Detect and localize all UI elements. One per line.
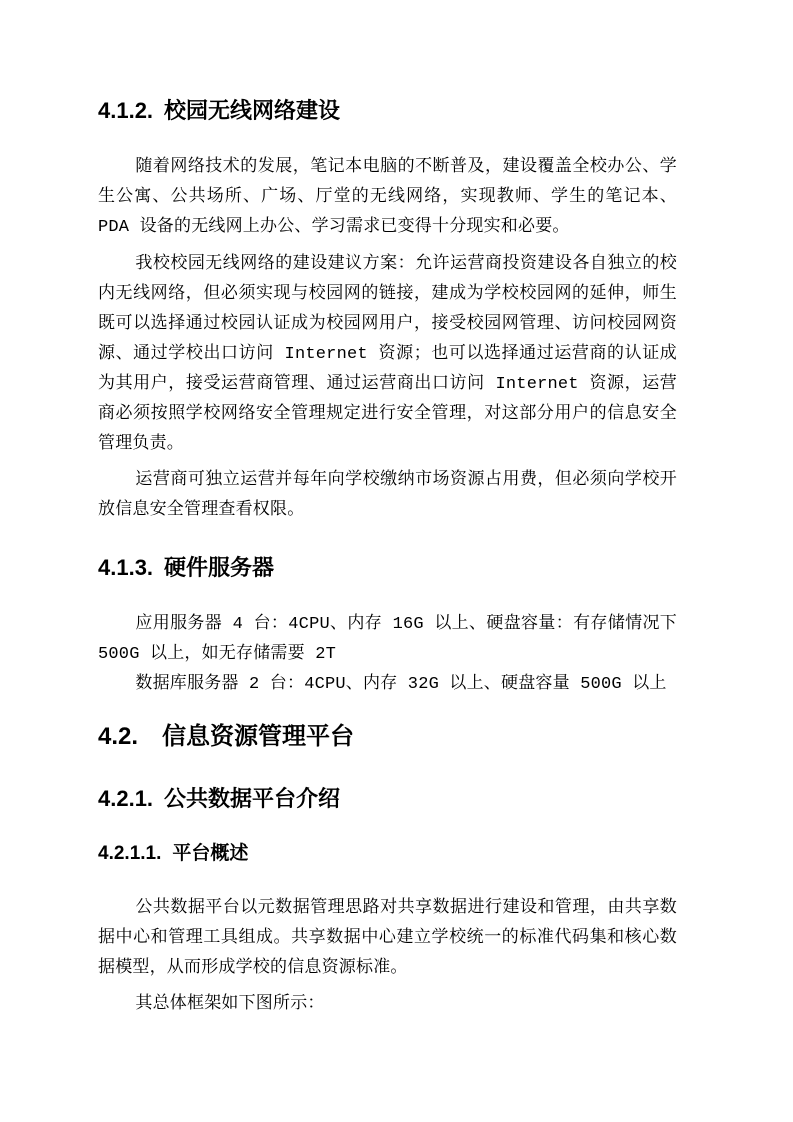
heading-4-1-2: 4.1.2.校园无线网络建设 bbox=[98, 96, 677, 126]
heading-4-2-1-title: 公共数据平台介绍 bbox=[164, 786, 340, 811]
paragraph-framework-lead-in: 其总体框架如下图所示： bbox=[98, 990, 677, 1020]
heading-4-2-1-1-title: 平台概述 bbox=[172, 843, 248, 864]
paragraph-operator-fee: 运营商可独立运营并每年向学校缴纳市场资源占用费，但必须向学校开放信息安全管理查看… bbox=[98, 466, 677, 526]
heading-4-2-1-1-number: 4.2.1.1. bbox=[98, 843, 161, 864]
heading-4-1-2-title: 校园无线网络建设 bbox=[164, 98, 340, 123]
paragraph-wireless-proposal: 我校校园无线网络的建设建议方案：允许运营商投资建设各自独立的校内无线网络，但必须… bbox=[98, 250, 677, 460]
paragraph-platform-overview: 公共数据平台以元数据管理思路对共享数据进行建设和管理，由共享数据中心和管理工具组… bbox=[98, 894, 677, 984]
paragraph-db-servers: 数据库服务器 2 台：4CPU、内存 32G 以上、硬盘容量 500G 以上 bbox=[98, 670, 677, 700]
heading-4-2-1: 4.2.1.公共数据平台介绍 bbox=[98, 784, 677, 814]
heading-4-1-3-number: 4.1.3. bbox=[98, 555, 153, 580]
heading-4-2-number: 4.2. bbox=[98, 723, 138, 750]
heading-4-1-3-title: 硬件服务器 bbox=[164, 555, 274, 580]
heading-4-1-2-number: 4.1.2. bbox=[98, 98, 153, 123]
heading-4-1-3: 4.1.3.硬件服务器 bbox=[98, 553, 677, 583]
paragraph-wireless-intro: 随着网络技术的发展，笔记本电脑的不断普及，建设覆盖全校办公、学生公寓、公共场所、… bbox=[98, 153, 677, 243]
paragraph-app-servers: 应用服务器 4 台：4CPU、内存 16G 以上、硬盘容量：有存储情况下 500… bbox=[98, 610, 677, 670]
heading-4-2-title: 信息资源管理平台 bbox=[162, 723, 354, 750]
heading-4-2: 4.2.信息资源管理平台 bbox=[98, 721, 677, 753]
document-page: 4.1.2.校园无线网络建设 随着网络技术的发展，笔记本电脑的不断普及，建设覆盖… bbox=[0, 0, 793, 1122]
heading-4-2-1-1: 4.2.1.1.平台概述 bbox=[98, 841, 677, 867]
heading-4-2-1-number: 4.2.1. bbox=[98, 786, 153, 811]
